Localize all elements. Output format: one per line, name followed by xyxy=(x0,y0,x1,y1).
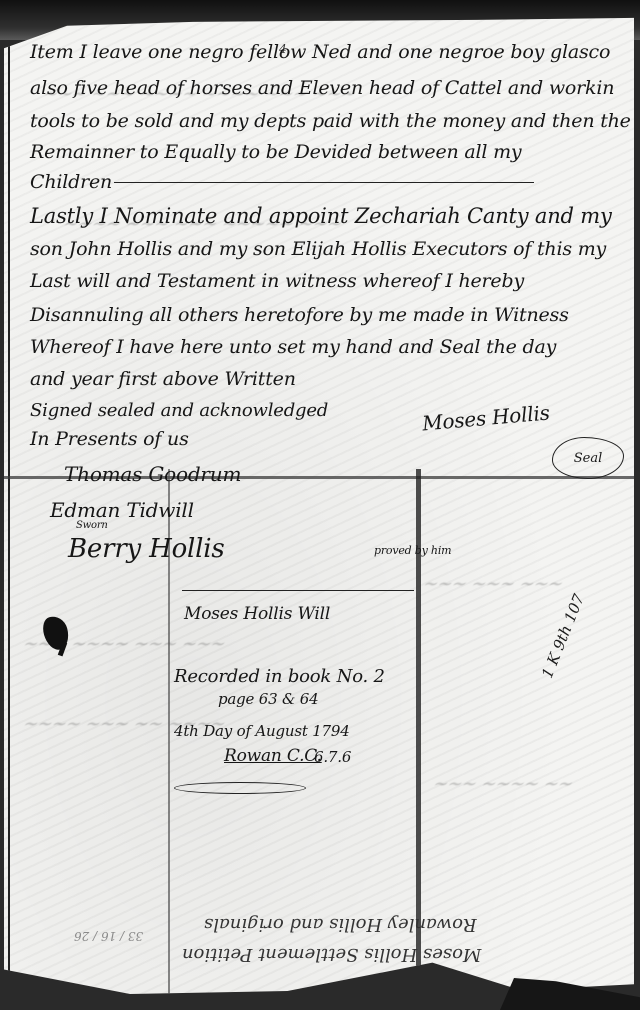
endorsement-line: Moses Hollis Settlement Petition xyxy=(182,944,481,965)
line-filler-flourish xyxy=(114,182,534,183)
docket-clerk: Rowan C.C. xyxy=(224,746,322,766)
attestation-line: In Presents of us xyxy=(30,428,189,450)
page-left-edge xyxy=(8,44,10,1004)
docket-clerk-suffix: 6.7.6 xyxy=(314,748,351,766)
proved-note: proved by him xyxy=(374,544,451,557)
body-line: Children xyxy=(30,171,112,193)
testator-signature: Moses Hollis xyxy=(421,400,550,435)
bleed-through-text: ~~~ ~~~ ~~~ xyxy=(418,574,569,594)
body-line: Lastly I Nominate and appoint Zechariah … xyxy=(30,204,612,228)
seal-mark: Seal xyxy=(552,437,624,479)
body-line: Remainner to Equally to be Devided betwe… xyxy=(30,141,521,163)
docket-rule xyxy=(182,590,414,591)
body-line: Item I leave one negro fellow Ned and on… xyxy=(30,41,610,63)
body-line: Whereof I have here unto set my hand and… xyxy=(30,336,556,358)
proved-prefix: Sworn xyxy=(76,520,108,531)
docket-title: Moses Hollis Will xyxy=(184,604,330,624)
bleed-through-text: ~~~ ~~~~ ~~ xyxy=(428,774,579,794)
body-line: tools to be sold and my depts paid with … xyxy=(30,110,631,132)
docket-recorded: Recorded in book No. 2 xyxy=(174,666,385,687)
witness-signature: Edman Tidwill xyxy=(50,498,194,522)
pencil-numbers: 33 / 16 / 26 xyxy=(74,929,143,943)
seal-label: Seal xyxy=(574,451,603,466)
witness-signature: Thomas Goodrum xyxy=(64,462,241,486)
docket-date: 4th Day of August 1794 xyxy=(174,722,350,740)
docket-flourish xyxy=(174,782,306,794)
prover-signature: Berry Hollis xyxy=(68,534,225,564)
body-line: son John Hollis and my son Elijah Hollis… xyxy=(30,238,606,260)
endorsement-line: Rowanley Hollis and originals xyxy=(204,914,477,935)
body-line: also five head of horses and Eleven head… xyxy=(30,77,614,99)
body-line: and year first above Written xyxy=(30,368,296,390)
body-line: Disannuling all others heretofore by me … xyxy=(30,304,569,326)
body-line: Last will and Testament in witness where… xyxy=(30,270,524,292)
docket-pages: page 63 & 64 xyxy=(218,690,318,708)
document-page: ~~~ ~~~ ~~~~ ~~~~ ~~~ ~~~ ~~~~ ~~~ ~~~ ~… xyxy=(4,14,634,994)
scan-frame: ~~~ ~~~ ~~~~ ~~~~ ~~~ ~~~ ~~~~ ~~~ ~~~ ~… xyxy=(0,0,640,1010)
margin-note: 1 K 9th 107 xyxy=(538,592,588,681)
attestation-line: Signed sealed and acknowledged xyxy=(30,400,328,421)
